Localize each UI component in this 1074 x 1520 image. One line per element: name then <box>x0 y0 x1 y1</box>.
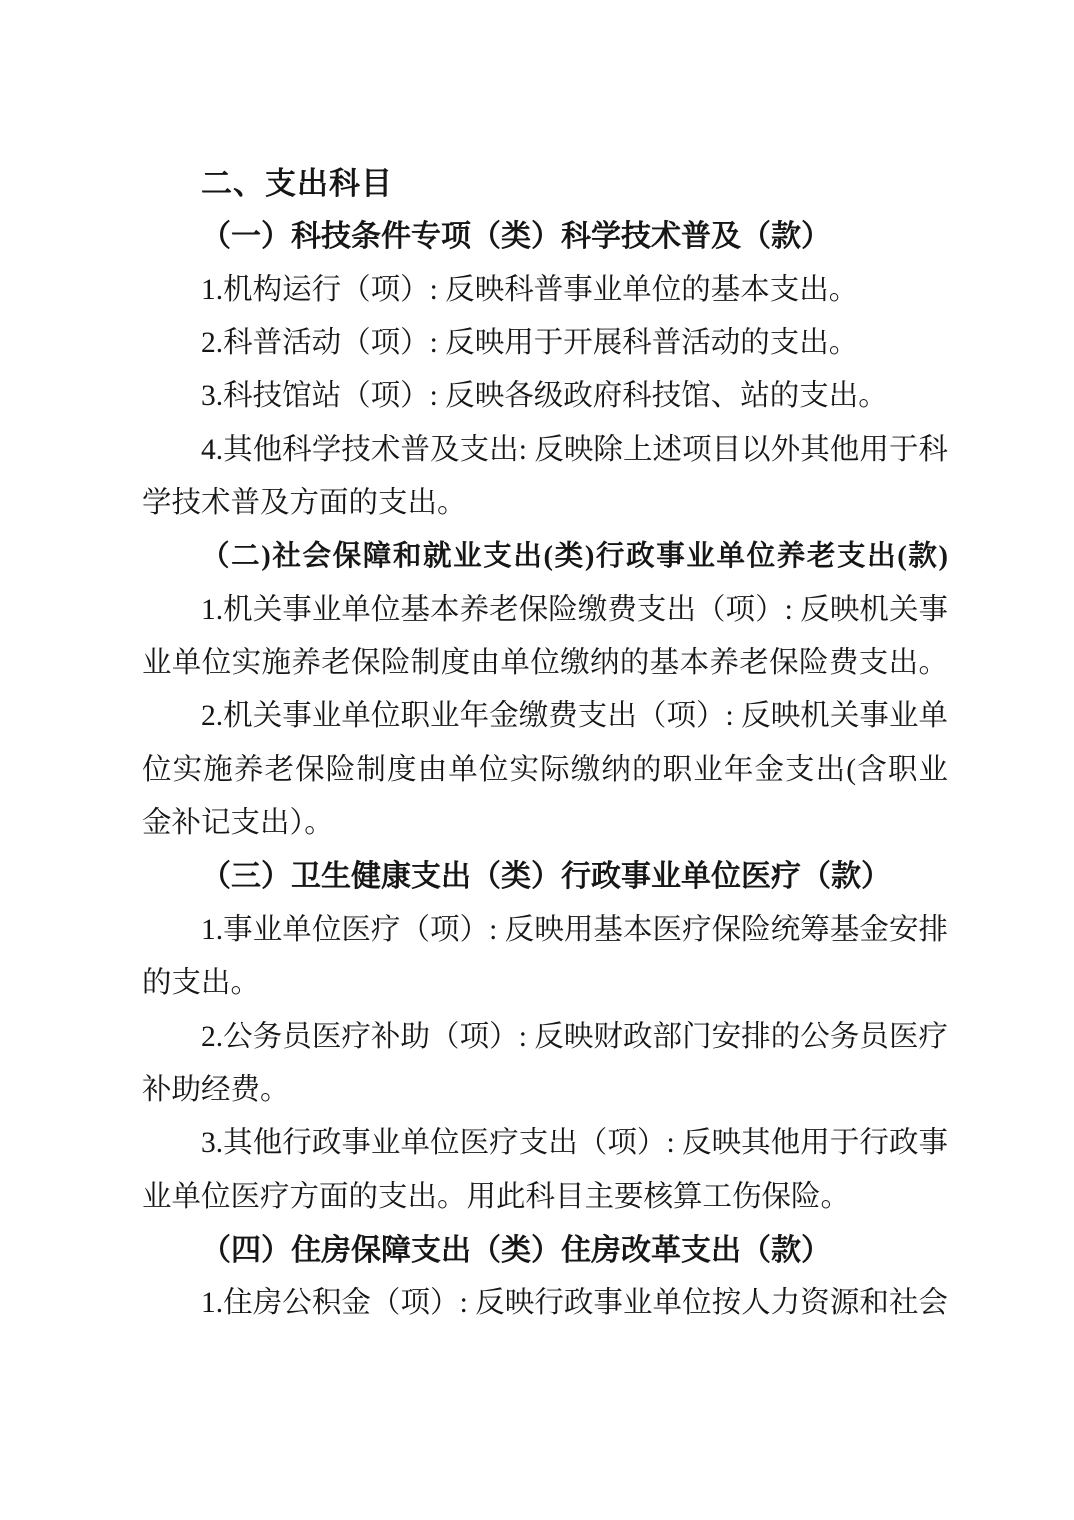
section-3-heading: （三）卫生健康支出（类）行政事业单位医疗（款） <box>142 850 948 903</box>
sec3-item-3-line-1: 3.其他行政事业单位医疗支出（项）: 反映其他用于行政事 <box>142 1117 948 1170</box>
main-heading: 二、支出科目 <box>142 157 948 210</box>
section-2-heading: （二)社会保障和就业支出(类)行政事业单位养老支出(款) <box>142 530 948 583</box>
sec1-item-4-line-1: 4.其他科学技术普及支出: 反映除上述项目以外其他用于科 <box>142 424 948 477</box>
document-page: 二、支出科目（一）科技条件专项（类）科学技术普及（款）1.机构运行（项）: 反映… <box>0 0 1074 1520</box>
sec2-item-1-line-2: 业单位实施养老保险制度由单位缴纳的基本养老保险费支出。 <box>142 637 948 690</box>
sec1-item-1: 1.机构运行（项）: 反映科普事业单位的基本支出。 <box>142 264 948 317</box>
document-content: 二、支出科目（一）科技条件专项（类）科学技术普及（款）1.机构运行（项）: 反映… <box>142 157 948 1331</box>
sec3-item-1-line-1: 1.事业单位医疗（项）: 反映用基本医疗保险统筹基金安排 <box>142 904 948 957</box>
section-1-heading: （一）科技条件专项（类）科学技术普及（款） <box>142 210 948 263</box>
sec3-item-1-line-2: 的支出。 <box>142 957 948 1010</box>
sec3-item-3-line-2: 业单位医疗方面的支出。用此科目主要核算工伤保险。 <box>142 1171 948 1224</box>
sec2-item-1-line-1: 1.机关事业单位基本养老保险缴费支出（项）: 反映机关事 <box>142 584 948 637</box>
section-4-heading: （四）住房保障支出（类）住房改革支出（款） <box>142 1224 948 1277</box>
sec1-item-4-line-2: 学技术普及方面的支出。 <box>142 477 948 530</box>
sec3-item-2-line-1: 2.公务员医疗补助（项）: 反映财政部门安排的公务员医疗 <box>142 1011 948 1064</box>
sec2-item-2-line-2: 位实施养老保险制度由单位实际缴纳的职业年金支出(含职业年 <box>142 744 948 797</box>
sec4-item-1-line-1: 1.住房公积金（项）: 反映行政事业单位按人力资源和社会 <box>142 1277 948 1330</box>
sec1-item-2: 2.科普活动（项）: 反映用于开展科普活动的支出。 <box>142 317 948 370</box>
sec2-item-2-line-3: 金补记支出）。 <box>142 797 948 850</box>
sec2-item-2-line-1: 2.机关事业单位职业年金缴费支出（项）: 反映机关事业单 <box>142 690 948 743</box>
sec3-item-2-line-2: 补助经费。 <box>142 1064 948 1117</box>
sec1-item-3: 3.科技馆站（项）: 反映各级政府科技馆、站的支出。 <box>142 370 948 423</box>
